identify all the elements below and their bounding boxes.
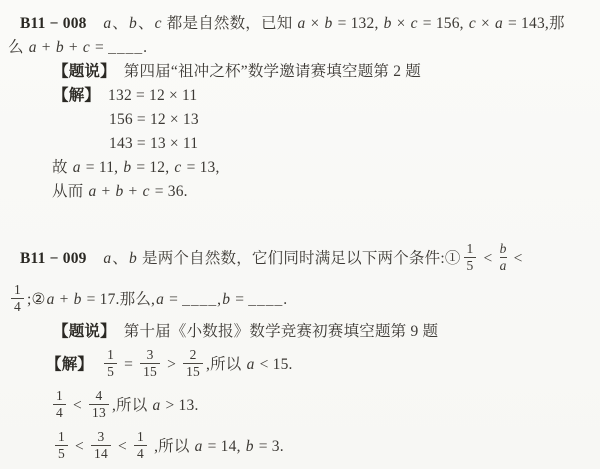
source-note-label: 【题说】 (53, 63, 108, 80)
math-variable: a (152, 397, 162, 414)
text-span: = 36. (151, 183, 188, 200)
text-span: + (38, 39, 55, 56)
text-span: + (97, 183, 114, 200)
text-span: < 15. (256, 356, 293, 373)
problem-008-solution-line-2: 156 = 12 × 13 (6, 108, 596, 132)
solution-label: 【解】 (46, 356, 85, 373)
fraction-numerator: 3 (95, 429, 108, 445)
math-variable: c (468, 15, 477, 32)
solution-label: 【解】 (53, 87, 92, 104)
text-span: 故 (52, 159, 72, 176)
text-span: < (71, 438, 88, 455)
text-span: = 12, (132, 159, 173, 176)
answer-blank: ____ (248, 291, 283, 308)
text-span: × (306, 15, 323, 32)
text-span: = (120, 356, 137, 373)
math-variable: c (82, 39, 91, 56)
fraction-numerator: 4 (93, 388, 106, 404)
fraction-numerator: 2 (187, 347, 200, 363)
math-variable: a (494, 15, 504, 32)
math-variable: b (115, 183, 125, 200)
fraction: 314 (91, 429, 111, 461)
text-span: = (91, 39, 108, 56)
answer-blank: ____ (108, 39, 143, 56)
fraction-denominator: 4 (11, 298, 24, 315)
text-span: = 132, (334, 15, 383, 32)
text-span: . (283, 291, 287, 308)
fraction-numerator: 3 (144, 347, 157, 363)
fraction: ba (500, 241, 507, 273)
text-span: + (65, 39, 82, 56)
math-variable: a (194, 438, 204, 455)
math-variable: b (122, 159, 132, 176)
problem-008-solution-line-3: 143 = 13 × 11 (6, 132, 596, 156)
math-variable: b (221, 291, 231, 308)
text-span: 156 = 12 × 13 (109, 111, 199, 128)
problem-008-statement-line-1: B11 − 008 a、b、c 都是自然数，已知 a × b = 132, b … (6, 12, 596, 36)
problem-009-source-note: 【题说】 第十届《小数报》数学竞赛初赛填空题第 9 题 (6, 320, 596, 344)
fraction-numerator: 1 (464, 241, 477, 257)
problem-008-solution-line-4: 故 a = 11, b = 12, c = 13, (6, 156, 596, 180)
text-span: × (393, 15, 410, 32)
text-span: ,所以 (206, 356, 246, 373)
math-variable: c (154, 15, 163, 32)
text-span: . (143, 39, 147, 56)
math-variable: a (102, 250, 112, 267)
text-span: < (69, 397, 86, 414)
problem-009-statement-line-2: 14;②a + b = 17.那么,a = ____,b = ____. (6, 279, 596, 320)
document-page: B11 − 008 a、b、c 都是自然数，已知 a × b = 132, b … (0, 0, 600, 469)
text-span (87, 15, 103, 32)
math-variable: a (155, 291, 165, 308)
problem-number: B11 − 009 (20, 250, 87, 267)
math-variable: b (128, 15, 138, 32)
fraction: 413 (89, 388, 109, 420)
problem-number: B11 − 008 (20, 15, 87, 32)
text-span (87, 250, 103, 267)
text-span: = 143,那 (504, 15, 565, 32)
text-span: 从而 (52, 183, 87, 200)
text-span: < (510, 250, 523, 267)
math-variable: a (87, 183, 97, 200)
math-variable: a (72, 159, 82, 176)
math-variable: a (46, 291, 56, 308)
fraction: 15 (464, 241, 477, 273)
problem-009-solution-line-3: 15 < 314 < 14 ,所以 a = 14, b = 3. (6, 426, 596, 467)
text-span: < (479, 250, 496, 267)
fraction-numerator: 1 (55, 429, 68, 445)
text-span: > (163, 356, 180, 373)
fraction: 14 (53, 388, 66, 420)
math-variable: a (102, 15, 112, 32)
fraction-denominator: 13 (89, 404, 109, 421)
text-span: 、 (138, 15, 154, 32)
text-span: < (114, 438, 131, 455)
fraction: 215 (183, 347, 203, 379)
problem-009-solution-line-2: 14 < 413,所以 a > 13. (6, 385, 596, 426)
problem-009-statement-line-1: B11 − 009 a、b 是两个自然数，它们同时满足以下两个条件:①15 < … (6, 238, 596, 279)
math-variable: c (142, 183, 151, 200)
math-variable: a (297, 15, 307, 32)
problem-b11-009: B11 − 009 a、b 是两个自然数，它们同时满足以下两个条件:①15 < … (6, 238, 596, 467)
text-span: + (56, 291, 73, 308)
text-span: 么 (8, 39, 28, 56)
fraction-numerator: 1 (134, 429, 147, 445)
problem-009-solution-line-1: 【解】 15 = 315 > 215,所以 a < 15. (6, 344, 596, 385)
text-span: ,所以 (112, 397, 152, 414)
text-span: > 13. (161, 397, 198, 414)
text-span: = 13, (183, 159, 220, 176)
fraction-denominator: 14 (91, 445, 111, 462)
fraction-denominator: a (500, 257, 507, 274)
fraction-numerator: b (500, 241, 507, 257)
fraction-denominator: 5 (104, 363, 117, 380)
fraction-denominator: 5 (55, 445, 68, 462)
math-variable: a (28, 39, 38, 56)
math-variable: b (324, 15, 334, 32)
fraction: 315 (140, 347, 160, 379)
text-span: 、 (112, 15, 128, 32)
text-span: 是两个自然数，它们同时满足以下两个条件:① (138, 250, 461, 267)
math-variable: b (55, 39, 65, 56)
fraction: 15 (104, 347, 117, 379)
text-span: = 11, (82, 159, 123, 176)
fraction-numerator: 1 (104, 347, 117, 363)
text-span (85, 356, 101, 373)
text-span: 第十届《小数报》数学竞赛初赛填空题第 9 题 (108, 323, 438, 340)
fraction-denominator: 5 (464, 257, 477, 274)
text-span: ;② (27, 291, 46, 308)
fraction-denominator: 4 (134, 445, 147, 462)
math-variable: b (73, 291, 83, 308)
fraction: 15 (55, 429, 68, 461)
math-variable: b (128, 250, 138, 267)
problem-008-statement-line-2: 么 a + b + c = ____. (6, 36, 596, 60)
math-variable: a (246, 356, 256, 373)
text-span: 都是自然数，已知 (163, 15, 297, 32)
text-span: ,所以 (150, 438, 194, 455)
fraction-denominator: 15 (183, 363, 203, 380)
problem-008-solution-line-5: 从而 a + b + c = 36. (6, 180, 596, 204)
math-variable: c (173, 159, 182, 176)
fraction: 14 (134, 429, 147, 461)
text-span: = 14, (204, 438, 245, 455)
text-span: = 17.那么, (83, 291, 156, 308)
text-span: 143 = 13 × 11 (109, 135, 198, 152)
math-variable: b (383, 15, 393, 32)
fraction-numerator: 1 (53, 388, 66, 404)
document-content: B11 − 008 a、b、c 都是自然数，已知 a × b = 132, b … (6, 12, 596, 467)
problem-008-source-note: 【题说】 第四届“祖冲之杯”数学邀请赛填空题第 2 题 (6, 60, 596, 84)
math-variable: b (245, 438, 255, 455)
text-span: 、 (112, 250, 128, 267)
source-note-label: 【题说】 (53, 323, 108, 340)
fraction: 14 (11, 282, 24, 314)
fraction-denominator: 15 (140, 363, 160, 380)
fraction-denominator: 4 (53, 404, 66, 421)
text-span: = 3. (255, 438, 284, 455)
fraction-numerator: 1 (11, 282, 24, 298)
text-span: = 156, (419, 15, 468, 32)
problem-b11-008: B11 − 008 a、b、c 都是自然数，已知 a × b = 132, b … (6, 12, 596, 204)
text-span: = (231, 291, 248, 308)
text-span: × (477, 15, 494, 32)
text-span: 132 = 12 × 11 (92, 87, 197, 104)
text-span: 第四届“祖冲之杯”数学邀请赛填空题第 2 题 (108, 63, 421, 80)
problem-008-solution-line-1: 【解】 132 = 12 × 11 (6, 84, 596, 108)
math-variable: c (410, 15, 419, 32)
text-span: = (165, 291, 182, 308)
answer-blank: ____ (182, 291, 217, 308)
text-span: + (124, 183, 141, 200)
